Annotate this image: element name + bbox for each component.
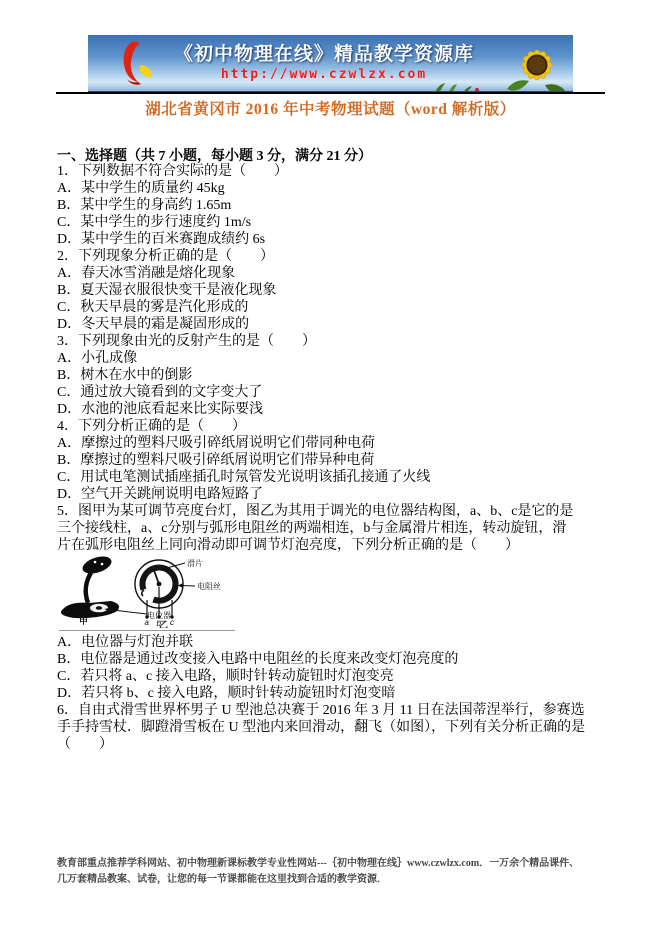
- question-2-option-a: A．春天冰雪消融是熔化现象: [57, 265, 617, 282]
- figure-terminal-c: c: [170, 618, 174, 627]
- question-5-figure: 滑片 电阻丝 电位器 甲 a b c 乙: [59, 556, 235, 631]
- question-3-option-c: C．通过放大镜看到的文字变大了: [57, 384, 617, 401]
- site-logo-icon: [114, 39, 160, 87]
- footer-line-2: 几万套精品教案、试卷，让您的每一节课都能在这里找到合适的教学资源．: [57, 872, 613, 888]
- footer-line-1: 教育部重点推荐学科网站、初中物理新课标教学专业性网站---｛初中物理在线｝www…: [57, 856, 613, 872]
- question-4-option-a: A．摩擦过的塑料尺吸引碎纸屑说明它们带同种电荷: [57, 435, 617, 452]
- potentiometer-illustration: [135, 560, 195, 619]
- question-5-stem-line-2: 三个接线柱，a、c分别与弧形电阻丝的两端相连，b与金属滑片相连，转动旋钮，滑: [57, 520, 617, 537]
- question-5-option-b: B．电位器是通过改变接入电路中电阻丝的长度来改变灯泡亮度的: [57, 651, 617, 668]
- question-4-option-b: B．摩擦过的塑料尺吸引碎纸屑说明它们带异种电荷: [57, 452, 617, 469]
- question-6-stem-line-1: 6．自由式滑雪世界杯男子 U 型池总决赛于 2016 年 3 月 11 日在法国…: [57, 702, 617, 719]
- question-5-option-d: D．若只将 b、c 接入电路，顺时针转动旋钮时灯泡变暗: [57, 685, 617, 702]
- question-2-option-b: B．夏天湿衣服很快变干是液化现象: [57, 282, 617, 299]
- question-4-option-c: C．用试电笔测试插座插孔时氖管发光说明该插孔接通了火线: [57, 469, 617, 486]
- question-6-stem-line-2: 手手持雪杖．脚蹬滑雪板在 U 型池内来回滑动，翻飞（如图），下列有关分析正确的是: [57, 719, 617, 736]
- figure-label-yi: 乙: [159, 620, 168, 628]
- page-title: 湖北省黄冈市 2016 年中考物理试题（word 解析版）: [0, 97, 661, 119]
- question-5-option-a: A．电位器与灯泡并联: [57, 634, 617, 651]
- question-5-stem-line-3: 片在弧形电阻丝上同向滑动即可调节灯泡亮度，下列分析正确的是（ ）: [57, 537, 617, 554]
- question-4-option-d: D．空气开关跳闸说明电路短路了: [57, 486, 617, 503]
- question-4-stem: 4．下列分析正确的是（ ）: [57, 418, 617, 435]
- plant-icon: [429, 79, 489, 92]
- question-5-stem-line-1: 5．图甲为某可调节亮度台灯，图乙为其用于调光的电位器结构图，a、b、c是它的是: [57, 503, 617, 520]
- question-2-option-c: C．秋天早晨的雾是汽化形成的: [57, 299, 617, 316]
- header-divider: [56, 92, 605, 94]
- question-3-option-d: D．水池的池底看起来比实际要浅: [57, 401, 617, 418]
- question-3-stem: 3．下列现象由光的反射产生的是（ ）: [57, 333, 617, 350]
- figure-label-slider: 滑片: [187, 558, 203, 568]
- section-heading: 一、选择题（共 7 小题，每小题 3 分，满分 21 分）: [57, 145, 372, 165]
- question-5-option-c: C．若只将 a、c 接入电路，顺时针转动旋钮时灯泡变亮: [57, 668, 617, 685]
- figure-label-jia: 甲: [79, 616, 88, 626]
- question-3-option-b: B．树木在水中的倒影: [57, 367, 617, 384]
- site-banner[interactable]: 《初中物理在线》精品教学资源库 http://www.czwlzx.com: [88, 35, 573, 92]
- question-6-stem-line-3: （ ）: [57, 736, 617, 753]
- question-2-stem: 2．下列现象分析正确的是（ ）: [57, 248, 617, 265]
- banner-site-name: 《初中物理在线》精品教学资源库: [174, 39, 474, 66]
- figure-label-resistance-wire: 电阻丝: [197, 581, 221, 591]
- document-page: 《初中物理在线》精品教学资源库 http://www.czwlzx.com: [0, 0, 661, 936]
- question-3-option-a: A．小孔成像: [57, 350, 617, 367]
- question-2-option-d: D．冬天早晨的霜是凝固形成的: [57, 316, 617, 333]
- desk-lamp-illustration: [61, 556, 147, 618]
- figure-terminal-a: a: [145, 618, 150, 627]
- question-1-stem: 1．下列数据不符合实际的是（ ）: [57, 163, 617, 180]
- question-list: 1．下列数据不符合实际的是（ ） A．某中学生的质量约 45kg B．某中学生的…: [57, 163, 617, 753]
- page-footer: 教育部重点推荐学科网站、初中物理新课标教学专业性网站---｛初中物理在线｝www…: [57, 856, 613, 887]
- question-1-option-b: B．某中学生的身高约 1.65m: [57, 197, 617, 214]
- question-1-option-a: A．某中学生的质量约 45kg: [57, 180, 617, 197]
- question-1-option-c: C．某中学生的步行速度约 1m/s: [57, 214, 617, 231]
- question-1-option-d: D．某中学生的百米赛跑成绩约 6s: [57, 231, 617, 248]
- sunflower-icon: [485, 37, 571, 92]
